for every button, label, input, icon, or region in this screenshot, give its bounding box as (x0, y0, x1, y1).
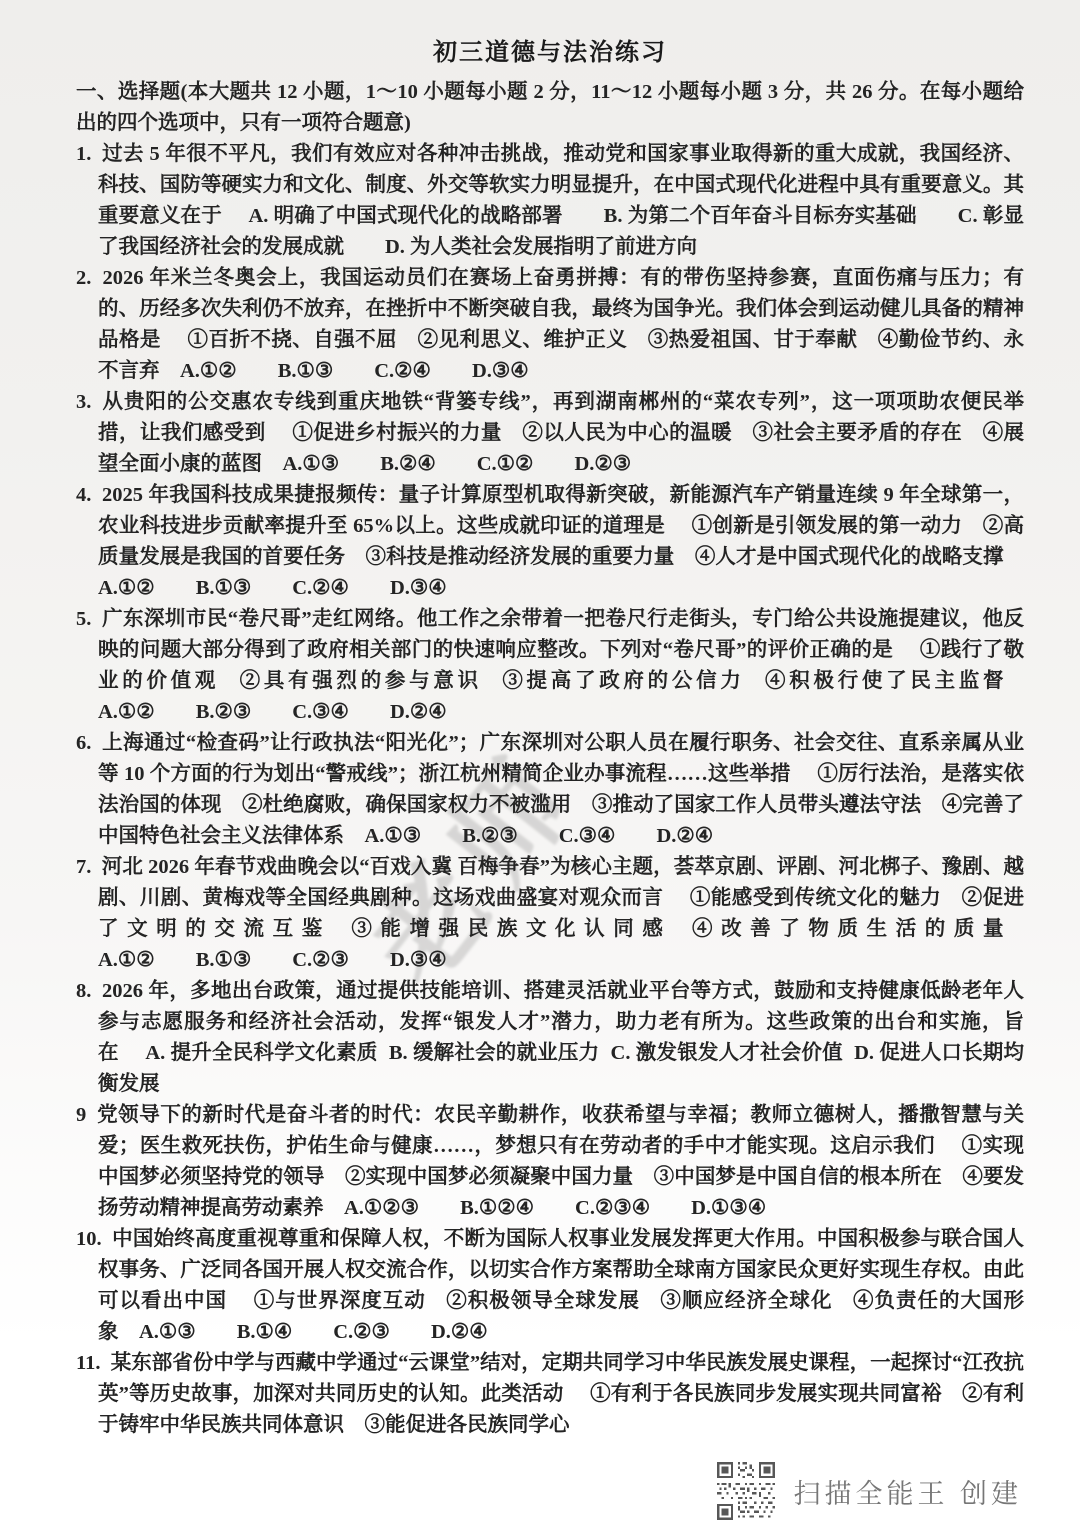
question-number: 11. (76, 1352, 106, 1374)
question-item: ①促进乡村振兴的力量 (292, 422, 502, 444)
question-number: 9 (76, 1104, 92, 1126)
answer-option: B.②③ (462, 825, 518, 847)
answer-option: B. 为第二个百年奋斗目标夯实基础 (604, 205, 917, 227)
answer-option: B.②③ (196, 701, 252, 723)
question-stem: 党领导下的新时代是奋斗者的时代：农民辛勤耕作，收获希望与幸福；教师立德树人，播撒… (97, 1104, 1024, 1157)
answer-option: C.②③④ (575, 1197, 650, 1219)
question-item: ③推动了国家工作人员带头遵法守法 (592, 794, 921, 816)
question-item: ③顺应经济全球化 (660, 1290, 832, 1312)
answer-option: C.③④ (559, 825, 616, 847)
question-item: ③能增强民族文化认同感 (351, 918, 671, 940)
question-item: ①与世界深度互动 (254, 1290, 426, 1312)
question-2: 2. 2026 年米兰冬奥会上，我国运动员们在赛场上奋勇拼搏：有的带伤坚持参赛，… (76, 263, 1024, 387)
question-item: ②以人民为中心的温暖 (522, 422, 732, 444)
scanner-credit: 扫描全能王 创建 (793, 1472, 1022, 1511)
question-number: 3. (76, 391, 97, 413)
answer-option: D.②④ (390, 701, 447, 723)
question-item: ④积极行使了民主监督 (765, 670, 1004, 692)
answer-option: A.①② (98, 577, 155, 599)
question-item: ③能促进各民族同学心 (365, 1414, 570, 1436)
question-number: 7. (76, 856, 97, 878)
answer-option: A.①③ (283, 453, 340, 475)
question-8: 8. 2026 年，多地出台政策，通过提供技能培训、搭建灵活就业平台等方式，鼓励… (76, 976, 1024, 1100)
answer-option: C.①② (477, 453, 534, 475)
question-6: 6. 上海通过“检查码”让行政执法“阳光化”；广东深圳对公职人员在履行职务、社会… (76, 728, 1024, 852)
question-3: 3. 从贵阳的公交惠农专线到重庆地铁“背篓专线”，再到湖南郴州的“菜农专列”，这… (76, 387, 1024, 480)
page-title: 初三道德与法治练习 (76, 32, 1024, 67)
qr-code (717, 1462, 775, 1520)
question-number: 1. (76, 143, 97, 165)
question-item: ①百折不挠、自强不屈 (188, 329, 398, 351)
answer-option: C.②③ (292, 949, 349, 971)
answer-option: B.①③ (278, 360, 334, 382)
question-item: ②具有强烈的参与意识 (240, 670, 482, 692)
question-number: 10. (76, 1228, 107, 1250)
question-item: ③提高了政府的公信力 (502, 670, 744, 692)
answer-option: C.③④ (292, 701, 349, 723)
question-item: ②积极领导全球发展 (446, 1290, 640, 1312)
scanned-test-paper: 老师 初三道德与法治练习 一、选择题(本大题共 12 小题，1～10 小题每小题… (0, 0, 1080, 1528)
question-number: 8. (76, 980, 97, 1002)
question-item: ③科技是推动经济发展的重要力量 (366, 546, 675, 568)
questions: 1. 过去 5 年很不平凡，我们有效应对各种冲击挑战，推动党和国家事业取得新的重… (76, 139, 1024, 1441)
question-10: 10. 中国始终高度重视尊重和保障人权，不断为国际人权事业发展发挥更大作用。中国… (76, 1224, 1024, 1348)
answer-option: A.①② (98, 701, 155, 723)
question-item: ③中国梦是中国自信的根本所在 (654, 1166, 942, 1188)
answer-option: A. 明确了中国式现代化的战略部署 (248, 205, 562, 227)
answer-option: D.③④ (390, 577, 447, 599)
paper-content: 初三道德与法治练习 一、选择题(本大题共 12 小题，1～10 小题每小题 2 … (0, 0, 1080, 1441)
question-number: 4. (76, 484, 97, 506)
question-item: ③热爱祖国、甘于奉献 (648, 329, 858, 351)
question-item: ②见利思义、维护正义 (418, 329, 628, 351)
answer-option: A. 提升全民科学文化素质 (145, 1042, 377, 1064)
answer-option: D.②③ (574, 453, 631, 475)
answer-option: A.①③ (365, 825, 422, 847)
question-item: ①创新是引领发展的第一动力 (692, 515, 963, 537)
answer-option: A.①②③ (344, 1197, 419, 1219)
answer-option: C.②④ (292, 577, 349, 599)
answer-option: B.①③ (196, 577, 252, 599)
question-1: 1. 过去 5 年很不平凡，我们有效应对各种冲击挑战，推动党和国家事业取得新的重… (76, 139, 1024, 263)
answer-option: A.①③ (139, 1321, 196, 1343)
question-7: 7. 河北 2026 年春节戏曲晚会以“百戏入冀 百梅争春”为核心主题，荟萃京剧… (76, 852, 1024, 976)
question-item: ②实现中国梦必须凝聚中国力量 (345, 1166, 633, 1188)
question-number: 2. (76, 267, 97, 289)
answer-option: C. 激发银发人才社会价值 (611, 1042, 843, 1064)
answer-option: A.①② (180, 360, 237, 382)
answer-option: B.①④ (237, 1321, 293, 1343)
answer-option: D.③④ (472, 360, 529, 382)
question-item: ④改善了物质生活的质量 (692, 918, 1004, 940)
question-number: 6. (76, 732, 97, 754)
answer-option: B. 缓解社会的就业压力 (389, 1042, 599, 1064)
answer-option: C.②④ (374, 360, 431, 382)
question-item: ③社会主要矛盾的存在 (753, 422, 963, 444)
question-stem: 广东深圳市民“卷尺哥”走红网络。他工作之余带着一把卷尺行走街头，专门给公共设施提… (98, 608, 1024, 661)
question-5: 5. 广东深圳市民“卷尺哥”走红网络。他工作之余带着一把卷尺行走街头，专门给公共… (76, 604, 1024, 728)
question-11: 11. 某东部省份中学与西藏中学通过“云课堂”结对，定期共同学习中华民族发展史课… (76, 1348, 1024, 1441)
answer-option: C.②③ (333, 1321, 390, 1343)
question-item: ①能感受到传统文化的魅力 (690, 887, 941, 909)
question-item: ②杜绝腐败，确保国家权力不被滥用 (242, 794, 571, 816)
answer-option: B.①②④ (460, 1197, 534, 1219)
scanner-footer: 扫描全能王 创建 (717, 1462, 1022, 1520)
question-number: 5. (76, 608, 97, 630)
question-9: 9 党领导下的新时代是奋斗者的时代：农民辛勤耕作，收获希望与幸福；教师立德树人，… (76, 1100, 1024, 1224)
answer-option: D.②④ (656, 825, 713, 847)
answer-option: D.①③④ (691, 1197, 766, 1219)
answer-option: A.①② (98, 949, 155, 971)
answer-option: B.②④ (380, 453, 436, 475)
answer-option: B.①③ (196, 949, 252, 971)
answer-option: D.③④ (390, 949, 447, 971)
answer-option: D.②④ (431, 1321, 488, 1343)
answer-option: D. 为人类社会发展指明了前进方向 (385, 236, 697, 258)
question-item: ①有利于各民族同步发展实现共同富裕 (590, 1383, 942, 1405)
question-item: ④人才是中国式现代化的战略支撑 (695, 546, 1004, 568)
question-4: 4. 2025 年我国科技成果捷报频传：量子计算原型机取得新突破，新能源汽车产销… (76, 480, 1024, 604)
section-instructions: 一、选择题(本大题共 12 小题，1～10 小题每小题 2 分，11～12 小题… (76, 77, 1024, 139)
